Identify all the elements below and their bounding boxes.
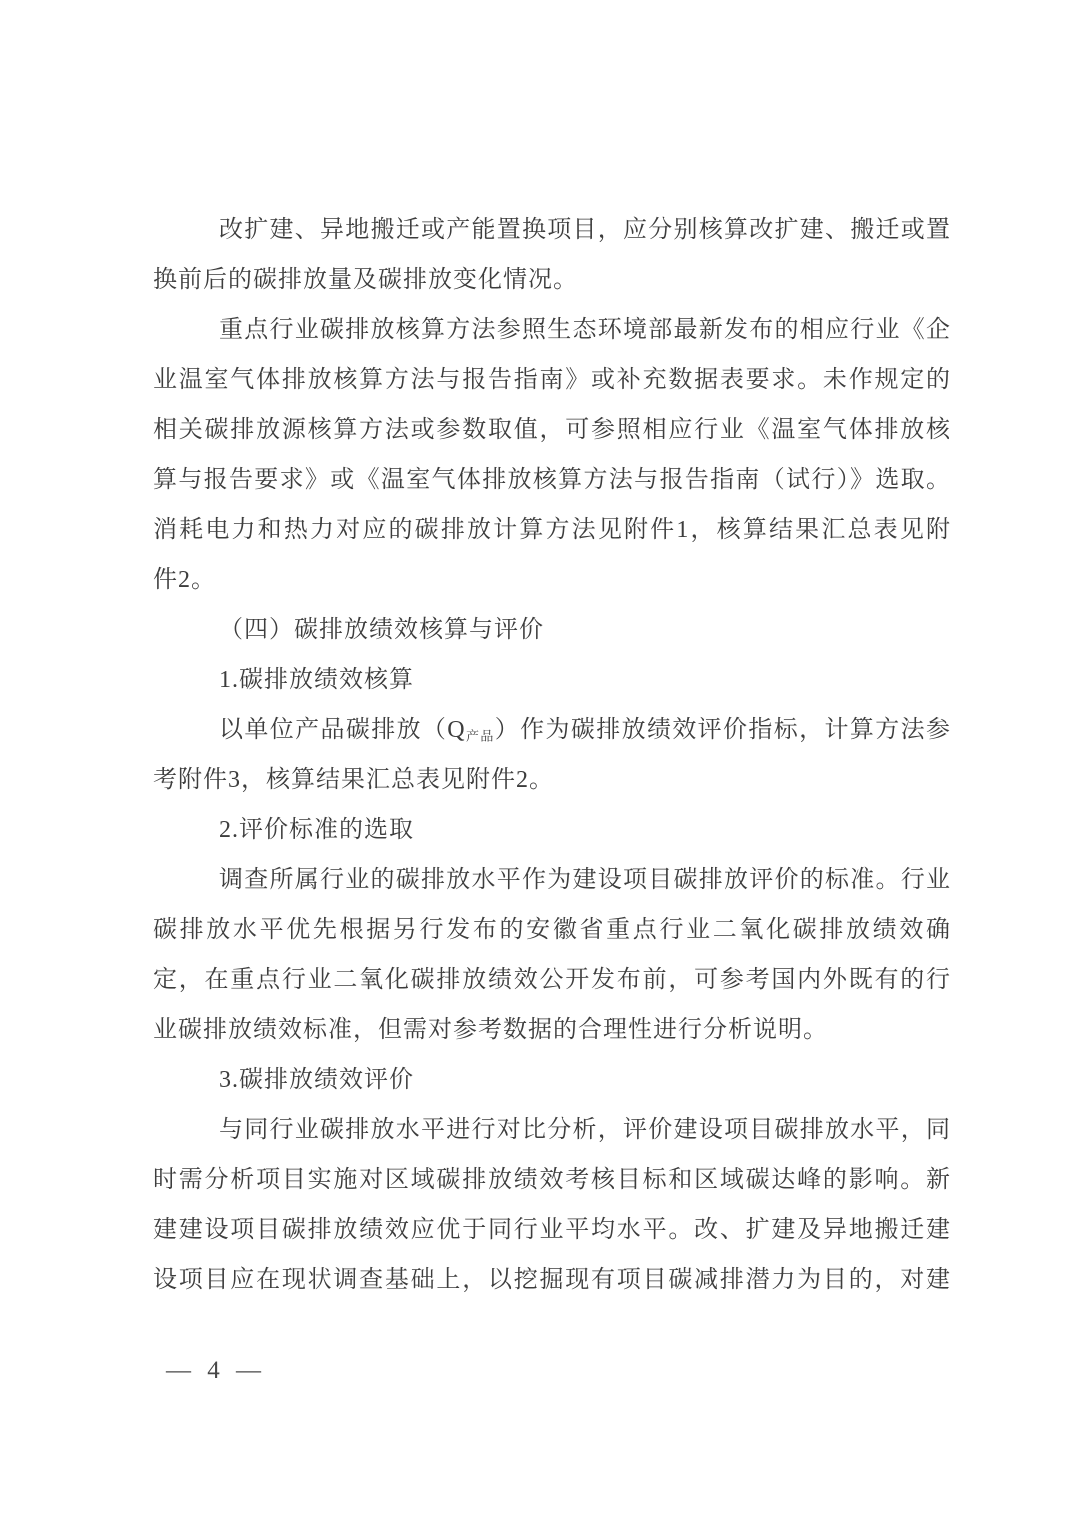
text-segment: 以单位产品碳排放（Q	[219, 717, 465, 743]
text-segment: 业碳排放绩效标准，但需对参考数据的合理性进行分析说明。	[153, 1017, 828, 1043]
text-segment: 业温室气体排放核算方法与报告指南》或补充数据表要求。未作规定的	[153, 367, 950, 393]
text-segment: 定，在重点行业二氧化碳排放绩效公开发布前，可参考国内外既有的行	[153, 967, 950, 993]
text-line: 业温室气体排放核算方法与报告指南》或补充数据表要求。未作规定的	[153, 355, 950, 405]
document-body: 改扩建、异地搬迁或产能置换项目，应分别核算改扩建、搬迁或置换前后的碳排放量及碳排…	[153, 205, 950, 1305]
text-line: 重点行业碳排放核算方法参照生态环境部最新发布的相应行业《企	[153, 305, 950, 355]
text-segment: 2.评价标准的选取	[219, 817, 414, 843]
text-segment: 调查所属行业的碳排放水平作为建设项目碳排放评价的标准。行业	[219, 867, 950, 893]
text-line: 定，在重点行业二氧化碳排放绩效公开发布前，可参考国内外既有的行	[153, 955, 950, 1005]
text-line: 调查所属行业的碳排放水平作为建设项目碳排放评价的标准。行业	[153, 855, 950, 905]
text-line: 与同行业碳排放水平进行对比分析，评价建设项目碳排放水平，同	[153, 1105, 950, 1155]
text-segment: 消耗电力和热力对应的碳排放计算方法见附件1，核算结果汇总表见附	[153, 517, 950, 543]
text-segment: 3.碳排放绩效评价	[219, 1067, 414, 1093]
text-line: 件2。	[153, 555, 950, 605]
text-segment: 建建设项目碳排放绩效应优于同行业平均水平。改、扩建及异地搬迁建	[153, 1217, 950, 1243]
text-segment: 算与报告要求》或《温室气体排放核算方法与报告指南（试行）》选取。	[153, 467, 950, 493]
text-line: 业碳排放绩效标准，但需对参考数据的合理性进行分析说明。	[153, 1005, 950, 1055]
text-line: 相关碳排放源核算方法或参数取值，可参照相应行业《温室气体排放核	[153, 405, 950, 455]
text-segment: 重点行业碳排放核算方法参照生态环境部最新发布的相应行业《企	[219, 317, 950, 343]
text-line: 以单位产品碳排放（Q产品）作为碳排放绩效评价指标，计算方法参	[153, 705, 950, 755]
text-line: 碳排放水平优先根据另行发布的安徽省重点行业二氧化碳排放绩效确	[153, 905, 950, 955]
text-line: 消耗电力和热力对应的碳排放计算方法见附件1，核算结果汇总表见附	[153, 505, 950, 555]
text-line: 时需分析项目实施对区域碳排放绩效考核目标和区域碳达峰的影响。新	[153, 1155, 950, 1205]
text-line: 建建设项目碳排放绩效应优于同行业平均水平。改、扩建及异地搬迁建	[153, 1205, 950, 1255]
text-segment: 相关碳排放源核算方法或参数取值，可参照相应行业《温室气体排放核	[153, 417, 950, 443]
text-segment: ）作为碳排放绩效评价指标，计算方法参	[495, 717, 950, 743]
text-segment: 设项目应在现状调查基础上，以挖掘现有项目碳减排潜力为目的，对建	[153, 1267, 950, 1293]
text-line: 1.碳排放绩效核算	[153, 655, 950, 705]
text-segment: 换前后的碳排放量及碳排放变化情况。	[153, 267, 578, 293]
text-line: 2.评价标准的选取	[153, 805, 950, 855]
text-segment: 碳排放水平优先根据另行发布的安徽省重点行业二氧化碳排放绩效确	[153, 917, 950, 943]
page-number: — 4 —	[166, 1356, 266, 1386]
text-line: （四）碳排放绩效核算与评价	[153, 605, 950, 655]
text-segment: 考附件3，核算结果汇总表见附件2。	[153, 767, 554, 793]
text-segment: 1.碳排放绩效核算	[219, 667, 414, 693]
text-segment: 件2。	[153, 567, 216, 593]
text-line: 改扩建、异地搬迁或产能置换项目，应分别核算改扩建、搬迁或置	[153, 205, 950, 255]
text-line: 设项目应在现状调查基础上，以挖掘现有项目碳减排潜力为目的，对建	[153, 1255, 950, 1305]
document-page: 改扩建、异地搬迁或产能置换项目，应分别核算改扩建、搬迁或置换前后的碳排放量及碳排…	[0, 0, 1080, 1527]
text-line: 换前后的碳排放量及碳排放变化情况。	[153, 255, 950, 305]
text-line: 考附件3，核算结果汇总表见附件2。	[153, 755, 950, 805]
text-segment: （四）碳排放绩效核算与评价	[219, 617, 544, 643]
subscript-text: 产品	[465, 728, 495, 743]
text-line: 算与报告要求》或《温室气体排放核算方法与报告指南（试行）》选取。	[153, 455, 950, 505]
text-segment: 与同行业碳排放水平进行对比分析，评价建设项目碳排放水平，同	[219, 1117, 950, 1143]
text-segment: 改扩建、异地搬迁或产能置换项目，应分别核算改扩建、搬迁或置	[219, 217, 950, 243]
text-line: 3.碳排放绩效评价	[153, 1055, 950, 1105]
text-segment: 时需分析项目实施对区域碳排放绩效考核目标和区域碳达峰的影响。新	[153, 1167, 950, 1193]
